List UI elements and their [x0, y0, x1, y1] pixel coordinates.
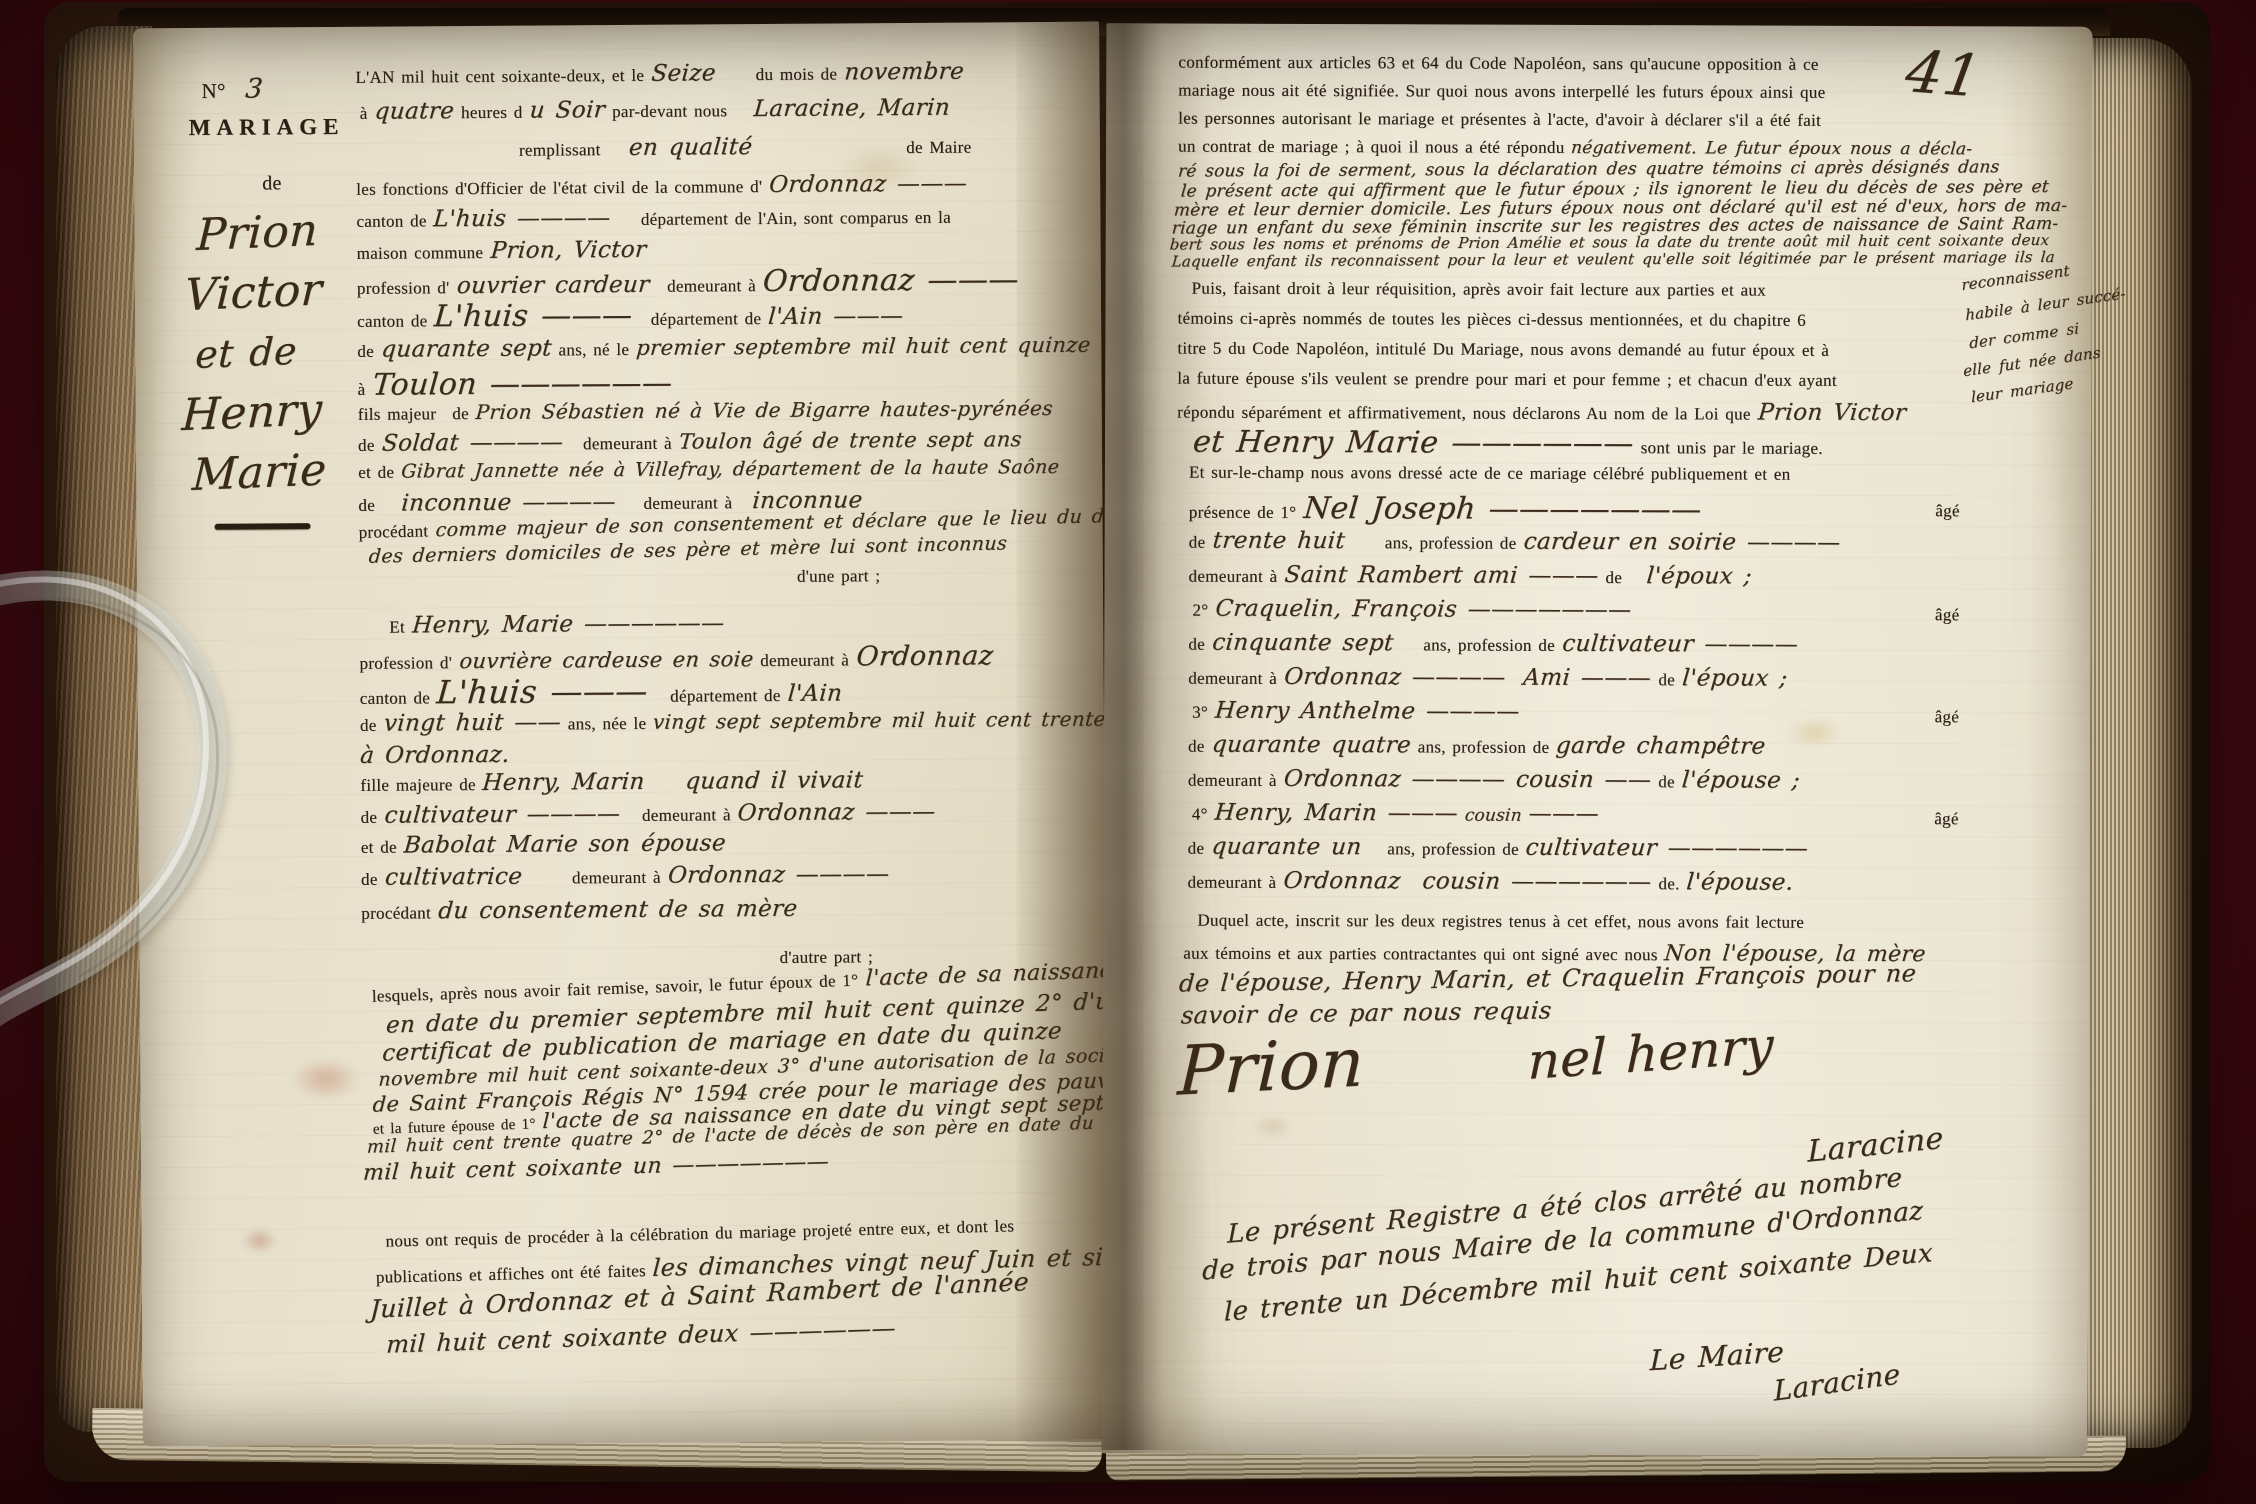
text-line: un contrat de mariage ; à quoi il nous a… — [1178, 138, 1980, 159]
handwritten-text: l'épouse. — [1686, 871, 1795, 894]
printed-text: département de l'Ain, sont comparus en l… — [641, 209, 951, 228]
stain — [290, 1057, 360, 1101]
handwritten-text: cousin —————— — [1421, 870, 1652, 894]
printed-text: de — [262, 173, 282, 193]
handwritten-text: 3 — [245, 75, 265, 102]
text-line: dequarante unans, profession decultivate… — [1188, 836, 1816, 861]
text-line: les fonctions d'Officier de l'état civil… — [356, 173, 974, 200]
handwritten-text: de l'épouse, Henry Marin, et Craquelin F… — [1178, 961, 1917, 995]
text-line: dequarante septans, né lepremier septemb… — [357, 334, 1097, 362]
handwritten-text: mil huit cent soixante un ——————— — [362, 1151, 829, 1184]
printed-text: profession d' — [359, 654, 452, 672]
handwritten-text: cultivatrice — [384, 866, 523, 890]
handwritten-text: cinquante sept — [1211, 632, 1394, 656]
handwritten-text: inconnue ———— — [400, 491, 616, 516]
printed-text: la future épouse s'ils veulent se prendr… — [1177, 370, 1837, 389]
text-line: demeurant àOrdonnaz ———— cousin ——del'ép… — [1188, 768, 1807, 793]
printed-text: de — [1188, 840, 1205, 857]
right-page: 41 conformément aux articles 63 et 64 du… — [1102, 23, 2093, 1456]
spacer — [759, 153, 899, 154]
text-line: et Henry Marie ——————sont unis par le ma… — [1193, 428, 1830, 460]
handwritten-text: Laracine — [1807, 1124, 1943, 1168]
handwritten-text: l'acte de sa naissance — [865, 960, 1126, 991]
handwritten-text: Le Maire — [1650, 1338, 1785, 1375]
handwritten-text: u Soir — [529, 99, 606, 123]
act-number: N°3 — [201, 75, 270, 102]
handwritten-text: Ordonnaz ———— cousin —— — [1283, 768, 1653, 792]
handwritten-text: et Henry Marie —————— — [1192, 428, 1635, 460]
handwritten-text: Toulon âgé de trente sept ans — [678, 429, 1023, 452]
right-page-stack — [2088, 38, 2192, 1448]
printed-text: de — [1605, 569, 1622, 586]
handwritten-text: ouvrier cardeur — [455, 274, 650, 298]
handwritten-text: Ordonnaz ——— — [768, 173, 968, 197]
printed-text: âgé — [1935, 708, 1960, 725]
handwritten-text: quarante un — [1210, 836, 1362, 860]
printed-text: de — [1189, 534, 1206, 551]
text-line: Laquelle enfant ils reconnaissent pour l… — [1172, 250, 2062, 271]
margin-name-bride: Henry — [181, 388, 330, 438]
handwritten-text: Ordonnaz ——— — [737, 801, 937, 825]
printed-text: ans, profession de — [1418, 738, 1550, 755]
handwritten-text: ouvrière cardeuse en soie — [458, 649, 754, 672]
text-line: témoins ci-après nommés de toutes les pi… — [1177, 310, 1813, 330]
printed-text: Puis, faisant droit à leur réquisition, … — [1192, 280, 1766, 299]
printed-text: L'AN mil huit cent soixante-deux, et le — [355, 67, 644, 86]
printed-text: demeurant à — [572, 869, 661, 887]
text-line: maison communePrion, Victor — [357, 239, 654, 264]
printed-text: à — [358, 381, 366, 398]
signature-prion: Prion — [1176, 1029, 1373, 1106]
handwritten-text: Prion — [1177, 1029, 1366, 1106]
printed-text: ans, profession de — [1385, 534, 1517, 551]
printed-text: âgé — [1935, 606, 1960, 623]
margin-note: reconnaissent — [1961, 263, 2078, 295]
printed-text: de Maire — [906, 139, 971, 156]
printed-text: N° — [201, 81, 225, 102]
text-line: profession d'ouvrier cardeurdemeurant àO… — [357, 265, 1026, 300]
printed-text: de — [358, 437, 375, 454]
text-line: les personnes autorisant le mariage et p… — [1178, 110, 1828, 130]
handwritten-text: à Ordonnaz. — [359, 744, 510, 768]
handwritten-text: Ordonnaz ——— — [762, 265, 1020, 297]
handwritten-text: en qualité — [628, 136, 753, 160]
printed-text: procédant — [361, 904, 431, 921]
handwritten-text: reconnaissent — [1961, 263, 2070, 293]
printed-text: de — [1658, 773, 1675, 790]
printed-text: Et sur-le-champ nous avons dressé acte d… — [1189, 464, 1791, 483]
printed-text: publications et affiches ont été faites — [376, 1262, 647, 1286]
handwritten-text: Ordonnaz — [1282, 870, 1401, 893]
printed-text: de. — [1658, 875, 1679, 892]
text-line: Duquel acte, inscrit sur les deux regist… — [1197, 912, 1811, 932]
handwritten-text: Ordonnaz ———— — [667, 863, 890, 888]
text-line: decultivatricedemeurant àOrdonnaz ———— — [361, 863, 896, 890]
margin-divider-stroke — [215, 523, 311, 530]
printed-text: demeurant à — [1187, 874, 1276, 891]
printed-text: de — [1188, 636, 1205, 653]
photo-of-register: N°3MARIAGEdePrionVictoret deHenryMarieL'… — [0, 0, 2256, 1504]
printed-text: de — [360, 717, 377, 734]
text-line: profession d'ouvrière cardeuse en soiede… — [359, 642, 1000, 673]
handwritten-text: Toulon —————— — [371, 369, 673, 401]
handwritten-text: Prion Victor — [1757, 402, 1907, 426]
printed-text: à — [360, 105, 368, 122]
printed-text: demeurant à — [583, 435, 672, 453]
handwritten-text: quarante sept — [380, 337, 552, 361]
printed-text: d'autre part ; — [780, 948, 874, 966]
act-title-of: de — [262, 173, 289, 193]
text-line: àToulon —————— — [357, 369, 679, 401]
margin-note: leur mariage — [1970, 375, 2081, 406]
printed-text: de — [361, 871, 378, 888]
printed-text: demeurant à — [1188, 670, 1277, 687]
handwritten-text: Ordonnaz — [855, 642, 994, 670]
printed-text: demeurant à — [1188, 772, 1277, 789]
text-line: demeurant àSaint Rambert ami ———del'épou… — [1189, 564, 1759, 589]
printed-text: demeurant à — [760, 651, 849, 669]
text-line: demeurant àOrdonnazcousin ——————de.l'épo… — [1187, 870, 1800, 895]
printed-text: demeurant à — [1189, 568, 1278, 585]
handwritten-text: Laquelle enfant ils reconnaissent pour l… — [1171, 250, 2055, 270]
printed-text: remplissant — [519, 141, 601, 159]
text-line: savoir de ce par nous requis — [1181, 998, 1559, 1027]
handwritten-text: der comme si — [1969, 321, 2080, 351]
printed-text: par-devant nous — [612, 102, 727, 120]
printed-text: procédant — [358, 522, 428, 540]
signature-laracine-2: Laracine — [1772, 1359, 1909, 1405]
handwritten-text: du consentement de sa mère — [437, 898, 798, 924]
handwritten-text: L'huis ———— — [433, 207, 612, 231]
text-line: d'une part ; — [797, 567, 887, 586]
text-line: procédantdu consentement de sa mère — [361, 898, 804, 924]
text-line: decinquante septans, profession decultiv… — [1188, 632, 1804, 657]
text-line: âgé — [1177, 500, 1967, 521]
text-line: remplissanten qualitéde Maire — [519, 134, 979, 160]
text-line: canton deL'huis ————département de l'Ain… — [356, 205, 958, 232]
margin-name-bride: Marie — [191, 448, 334, 498]
printed-text: de — [1658, 671, 1675, 688]
handwritten-text: elle fut née dans — [1963, 345, 2101, 379]
glass-page-weight — [0, 540, 292, 1080]
handwritten-text: Ordonnaz ———— — [1283, 666, 1506, 690]
printed-text: témoins ci-après nommés de toutes les pi… — [1177, 310, 1806, 329]
text-line: Et sur-le-champ nous avons dressé acte d… — [1189, 464, 1798, 484]
text-line: conformément aux articles 63 et 64 du Co… — [1178, 54, 1825, 74]
printed-text: demeurant à — [667, 277, 756, 295]
handwritten-text: et de — [194, 332, 297, 374]
act-title: MARIAGE — [189, 115, 352, 139]
handwritten-text: Ami ——— — [1522, 667, 1652, 690]
handwritten-text: leur mariage — [1971, 376, 2074, 405]
printed-text: heures d — [461, 104, 523, 121]
handwritten-text: l'époux ; — [1645, 565, 1752, 588]
printed-text: âgé — [1935, 502, 1960, 519]
printed-text: de — [358, 497, 375, 514]
handwritten-text: l'épouse ; — [1681, 769, 1801, 792]
printed-text: titre 5 du Code Napoléon, intitulé Du Ma… — [1177, 340, 1829, 359]
margin-conjunction: et de — [195, 331, 305, 374]
handwritten-text: inconnue — [751, 489, 863, 513]
text-line: d'autre part ; — [780, 948, 881, 967]
handwritten-text: premier septembre mil huit cent quinze — [635, 335, 1091, 359]
printed-text: demeurant à — [643, 494, 732, 512]
printed-text: ans, profession de — [1423, 636, 1555, 653]
text-line: deSoldat ————demeurant àToulon âgé de tr… — [358, 428, 1029, 456]
printed-text: de — [1188, 738, 1205, 755]
handwritten-text: Henry, Marie —————— — [411, 612, 725, 637]
handwritten-text: Prion — [196, 209, 319, 258]
text-line: à Ordonnaz. — [360, 744, 517, 768]
printed-text: profession d' — [357, 279, 450, 297]
text-line: répondu séparément et affirmativement, n… — [1177, 400, 1913, 426]
handwritten-text: négativement. Le futur époux nous a décl… — [1571, 140, 1974, 158]
handwritten-text: Saint Rambert ami ——— — [1283, 564, 1599, 588]
text-line: demeurant àOrdonnaz ————Ami ———del'époux… — [1188, 666, 1794, 691]
handwritten-text: Henry — [181, 388, 324, 438]
printed-text: nous ont requis de procéder à la célébra… — [385, 1217, 1014, 1249]
text-line: EtHenry, Marie —————— — [389, 612, 731, 637]
signature-nel-henry: nel henry — [1526, 1020, 1782, 1087]
handwritten-text: l'époux ; — [1681, 667, 1788, 690]
printed-text: conformément aux articles 63 et 64 du Co… — [1178, 54, 1818, 73]
printed-text: Duquel acte, inscrit sur les deux regist… — [1197, 912, 1804, 931]
printed-text: les personnes autorisant le mariage et p… — [1178, 110, 1821, 129]
handwritten-text: Soldat ———— — [381, 431, 564, 455]
margin-name-groom: Victor — [184, 268, 330, 318]
printed-text: ans, profession de — [1387, 840, 1519, 857]
page-number-value: 41 — [1902, 42, 1986, 105]
handwritten-text: mil huit cent soixante deux —————— — [386, 1316, 897, 1357]
printed-text: aux témoins et aux parties contractantes… — [1183, 945, 1658, 964]
printed-text: ans, né le — [558, 341, 629, 358]
handwritten-text: Seize — [650, 62, 716, 85]
printed-text: MARIAGE — [189, 115, 345, 139]
text-line: dequarante quatreans, profession degarde… — [1188, 734, 1773, 759]
printed-text: âgé — [1934, 810, 1959, 827]
handwritten-text: nel henry — [1527, 1020, 1774, 1087]
printed-text: sont unis par le mariage. — [1641, 439, 1823, 457]
printed-text: un contrat de mariage ; à quoi il nous a… — [1178, 138, 1565, 156]
text-line: âgé — [1176, 706, 1966, 727]
printed-text: répondu séparément et affirmativement, n… — [1177, 404, 1751, 423]
printed-text: maison commune — [357, 244, 484, 262]
text-line: devingt huit ——ans, née levingt sept sep… — [360, 707, 1193, 736]
printed-text: canton de — [356, 212, 426, 229]
signature-laracine: Laracine — [1806, 1123, 1952, 1167]
printed-text: Et — [389, 619, 405, 636]
text-line: mil huit cent soixante deux —————— — [386, 1316, 903, 1357]
text-line: mil huit cent soixante un ——————— — [363, 1151, 837, 1185]
handwritten-text: cardeur en soirie ———— — [1522, 531, 1841, 555]
handwritten-text: quatre — [374, 100, 455, 124]
printed-text: d'une part ; — [797, 567, 880, 585]
handwritten-text: Victor — [184, 268, 323, 318]
text-line: âgé — [1176, 604, 1966, 625]
closing-title: Le Maire — [1649, 1338, 1792, 1375]
stain — [1253, 1114, 1293, 1140]
printed-text: mariage nous ait été signifiée. Sur quoi… — [1178, 82, 1825, 101]
handwritten-text: Marie — [191, 448, 327, 498]
text-line: titre 5 du Code Napoléon, intitulé Du Ma… — [1177, 340, 1836, 360]
text-line: la future épouse s'ils veulent se prendr… — [1177, 370, 1844, 390]
printed-text: du mois de — [756, 65, 838, 83]
text-line: àquatreheures du Soirpar-devant nousLara… — [360, 97, 957, 124]
handwritten-text: Laracine, Marin — [752, 97, 950, 121]
text-line: detrente huitans, profession decardeur e… — [1189, 530, 1848, 555]
text-line: L'AN mil huit cent soixante-deux, et leS… — [355, 61, 971, 88]
handwritten-text: vingt huit —— — [383, 711, 562, 735]
handwritten-text: cultivateur ———— — [1561, 633, 1799, 657]
handwritten-text: cultivateur —————— — [1525, 837, 1810, 861]
handwritten-text: cultivateur ———— — [383, 803, 621, 828]
printed-text: de — [361, 809, 378, 826]
printed-text: demeurant à — [642, 806, 731, 824]
printed-text: ans, née le — [568, 715, 647, 733]
handwritten-text: quarante quatre — [1211, 734, 1412, 758]
printed-text: les fonctions d'Officier de l'état civil… — [356, 178, 762, 198]
text-line: de l'épouse, Henry Marin, et Craquelin F… — [1179, 961, 1923, 995]
text-line: âgé — [1176, 808, 1966, 829]
page-number: 41 — [1904, 42, 1990, 106]
text-line: mariage nous ait été signifiée. Sur quoi… — [1178, 82, 1832, 102]
text-line: nous ont requis de procéder à la célébra… — [385, 1217, 1021, 1251]
text-line: decultivateur ————demeurant àOrdonnaz ——… — [360, 801, 942, 828]
handwritten-text: novembre — [843, 61, 964, 85]
printed-text: de — [357, 343, 374, 360]
margin-name-groom: Prion — [196, 209, 326, 258]
handwritten-text: Prion, Victor — [489, 239, 647, 263]
handwritten-text: trente huit — [1211, 530, 1346, 553]
handwritten-text: savoir de ce par nous requis — [1180, 998, 1552, 1027]
handwritten-text: Laracine — [1773, 1360, 1901, 1405]
text-line: Puis, faisant droit à leur réquisition, … — [1192, 280, 1773, 300]
handwritten-text: garde champêtre — [1555, 735, 1767, 759]
stain — [241, 1227, 277, 1253]
